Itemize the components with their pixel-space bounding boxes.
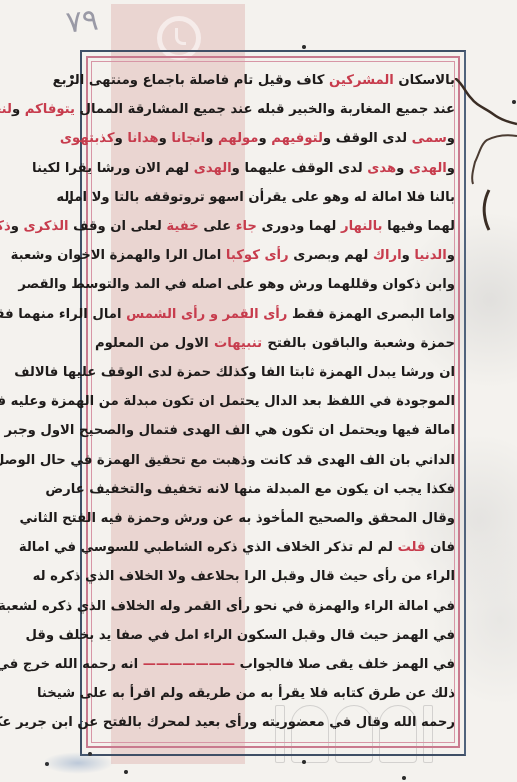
text-line: وقال المحقق والصحيح المأخوذ به عن ورش وح… <box>95 504 455 533</box>
rubric-word: المشركين <box>329 73 394 88</box>
ink-speck <box>302 45 306 49</box>
text-run: لهما ودورى <box>257 219 341 234</box>
ink-stain <box>42 752 114 774</box>
ink-speck <box>402 776 406 780</box>
text-line: الداني بان الف الهدى قد كانت وذهبت مع تح… <box>95 446 455 475</box>
rubric-word: تنبيهات <box>214 336 262 351</box>
rubric-word: هدانا <box>127 131 158 146</box>
text-line: واما البصرى الهمزة فقط رأى القمر و رأى ا… <box>95 300 455 329</box>
text-run: الراء من رأى حيث قال وقبل الرا بحلاعف ول… <box>33 569 455 584</box>
ink-speck <box>512 100 516 104</box>
ink-speck <box>302 760 306 764</box>
rubric-word: انجانا <box>171 131 205 146</box>
manuscript-text-block: بالاسكان المشركين كاف وقيل تام فاصلة باج… <box>95 66 455 738</box>
rubric-word: هدى <box>367 161 396 176</box>
text-run: الداني بان الف الهدى قد كانت وذهبت مع تح… <box>0 453 455 468</box>
text-run: بالنا فلا امالة له وهو على يقرأن اسهو تر… <box>56 190 455 205</box>
text-line: فان قلت لم لم تذكر الخلاف الذي ذكره الشا… <box>95 533 455 562</box>
rubric-word: جاء <box>236 219 257 234</box>
text-run: انه رحمه الله خرج في جميع <box>0 657 143 672</box>
text-line: في الهمز حيث قال وقبل السكون الراء امل ف… <box>95 621 455 650</box>
text-run: امال الراء منهما فقط <box>0 307 126 322</box>
text-line: ان ورشا يبدل الهمزة ثابتا الفا وكذلك حمز… <box>95 358 455 387</box>
text-run: ان ورشا يبدل الهمزة ثابتا الفا وكذلك حمز… <box>14 365 455 380</box>
rubric-word: يتوفاكم <box>25 102 75 117</box>
text-run: كاف وقيل تام فاصلة باجماع ومنتهى الربع <box>53 73 329 88</box>
text-line: وابن ذكوان وقللهما ورش وهو على اصله في ا… <box>95 270 455 299</box>
text-line: حمزة وشعبة والباقون بالفتح تنبيهات الاول… <box>95 329 455 358</box>
text-line: عند جميع المغاربة والخبير قبله عند جميع … <box>95 95 455 124</box>
text-run: و <box>12 102 25 117</box>
text-run: بالاسكان <box>394 73 455 88</box>
rubric-word: سمى <box>412 131 447 146</box>
text-line: امالة فيها ويحتمل ان تكون هي الف الهدى ف… <box>95 416 455 445</box>
text-line: الراء من رأى حيث قال وقبل الرا بحلاعف ول… <box>95 562 455 591</box>
text-run: و <box>447 131 455 146</box>
text-run: واما البصرى الهمزة فقط <box>287 307 455 322</box>
ink-speck <box>124 770 128 774</box>
text-run: عند جميع المغاربة والخبير قبله عند جميع … <box>75 102 455 117</box>
rubric-word: قلت <box>398 540 426 555</box>
rubric-word: رأى القمر و رأى الشمس <box>126 307 287 322</box>
text-run: لدى الوقف عليهما و <box>232 161 368 176</box>
paper-tear-mark <box>455 78 517 248</box>
text-line: بالاسكان المشركين كاف وقيل تام فاصلة باج… <box>95 66 455 95</box>
rubric-word: كذبتهوى <box>60 131 115 146</box>
text-run: في الهمز حيث قال وقبل السكون الراء امل ف… <box>25 628 455 643</box>
text-line: في امالة الراء والهمزة في نحو رأى القمر … <box>95 592 455 621</box>
rubric-word: لنعفى <box>0 102 12 117</box>
rubric-word: اراك <box>373 248 402 263</box>
text-run: لدى الوقف و <box>323 131 412 146</box>
rubric-word: الهدى <box>409 161 447 176</box>
rubric-word: الهدى <box>194 161 232 176</box>
text-run: فكذا يجب ان يكون مع المبدلة منها لانه تخ… <box>45 482 455 497</box>
rubric-word: ——————— <box>143 657 235 672</box>
text-run: امال الرا والهمزة الاخوان وشعبة <box>11 248 226 263</box>
text-run: وابن ذكوان وقللهما ورش وهو على اصله في ا… <box>18 277 455 292</box>
text-run: و <box>205 131 218 146</box>
text-run: لم لم تذكر الخلاف الذي ذكره الشاطبي للسو… <box>19 540 398 555</box>
text-line: وسمى لدى الوقف ولتوفيهم ومولهم وانجانا و… <box>95 124 455 153</box>
text-run: لهم الان ورشا يقرا لكينا <box>32 161 194 176</box>
rubric-word: بالنهار <box>341 219 383 234</box>
text-run: و <box>11 219 24 234</box>
text-run: و <box>258 131 271 146</box>
rubric-word: ذكرى <box>0 219 11 234</box>
text-run: امالة فيها ويحتمل ان تكون هي الف الهدى ف… <box>5 423 455 438</box>
text-line: والدنيا واراك لهم وبصرى رأى كوكبا امال ا… <box>95 241 455 270</box>
text-line: بالنا فلا امالة له وهو على يقرأن اسهو تر… <box>95 183 455 212</box>
text-line: في الهمز خلف يقى صلا فالجواب ——————— انه… <box>95 650 455 679</box>
text-line: رحمه الله وقال في معضوريته ورأى بعيد لمح… <box>95 708 455 737</box>
text-line: والهدى وهدى لدى الوقف عليهما والهدى لهم … <box>95 154 455 183</box>
rubric-word: لتوفيهم <box>271 131 323 146</box>
text-run: و <box>115 131 128 146</box>
text-run: في الهمز خلف يقى صلا فالجواب <box>235 657 455 672</box>
text-run: حمزة وشعبة والباقون بالفتح <box>262 336 455 351</box>
text-run: لعلى ان وقف <box>69 219 167 234</box>
text-run: و <box>447 248 455 263</box>
text-run: رحمه الله وقال في معضوريته ورأى بعيد لمح… <box>0 715 455 730</box>
text-run: ذلك عن طرق كتابه فلا يقرأ به من طريقه ول… <box>37 686 455 701</box>
rubric-word: الدنيا <box>414 248 446 263</box>
text-run: لهما وفيها <box>382 219 455 234</box>
text-run: في امالة الراء والهمزة في نحو رأى القمر … <box>0 599 455 614</box>
text-line: لهما وفيها بالنهار لهما ودورى جاء على خف… <box>95 212 455 241</box>
rubric-word: مولهم <box>218 131 258 146</box>
text-run: و <box>447 161 455 176</box>
text-run: الموجودة في اللفظ بعد الدال يحتمل ان تكو… <box>0 394 455 409</box>
rubric-word: رأى كوكبا <box>226 248 289 263</box>
text-run: الاول من المعلوم <box>95 336 214 351</box>
text-run: و <box>396 161 409 176</box>
text-run: لهم وبصرى <box>289 248 373 263</box>
text-line: ذلك عن طرق كتابه فلا يقرأ به من طريقه ول… <box>95 679 455 708</box>
text-run: فان <box>426 540 455 555</box>
text-line: فكذا يجب ان يكون مع المبدلة منها لانه تخ… <box>95 475 455 504</box>
text-line: الموجودة في اللفظ بعد الدال يحتمل ان تكو… <box>95 387 455 416</box>
rubric-word: خفية <box>166 219 198 234</box>
text-run: على <box>199 219 236 234</box>
folio-number: ٧٩ <box>64 2 100 40</box>
text-run: و <box>402 248 415 263</box>
rubric-word: الذكرى <box>24 219 69 234</box>
text-run: و <box>159 131 172 146</box>
text-run: وقال المحقق والصحيح المأخوذ به عن ورش وح… <box>19 511 455 526</box>
